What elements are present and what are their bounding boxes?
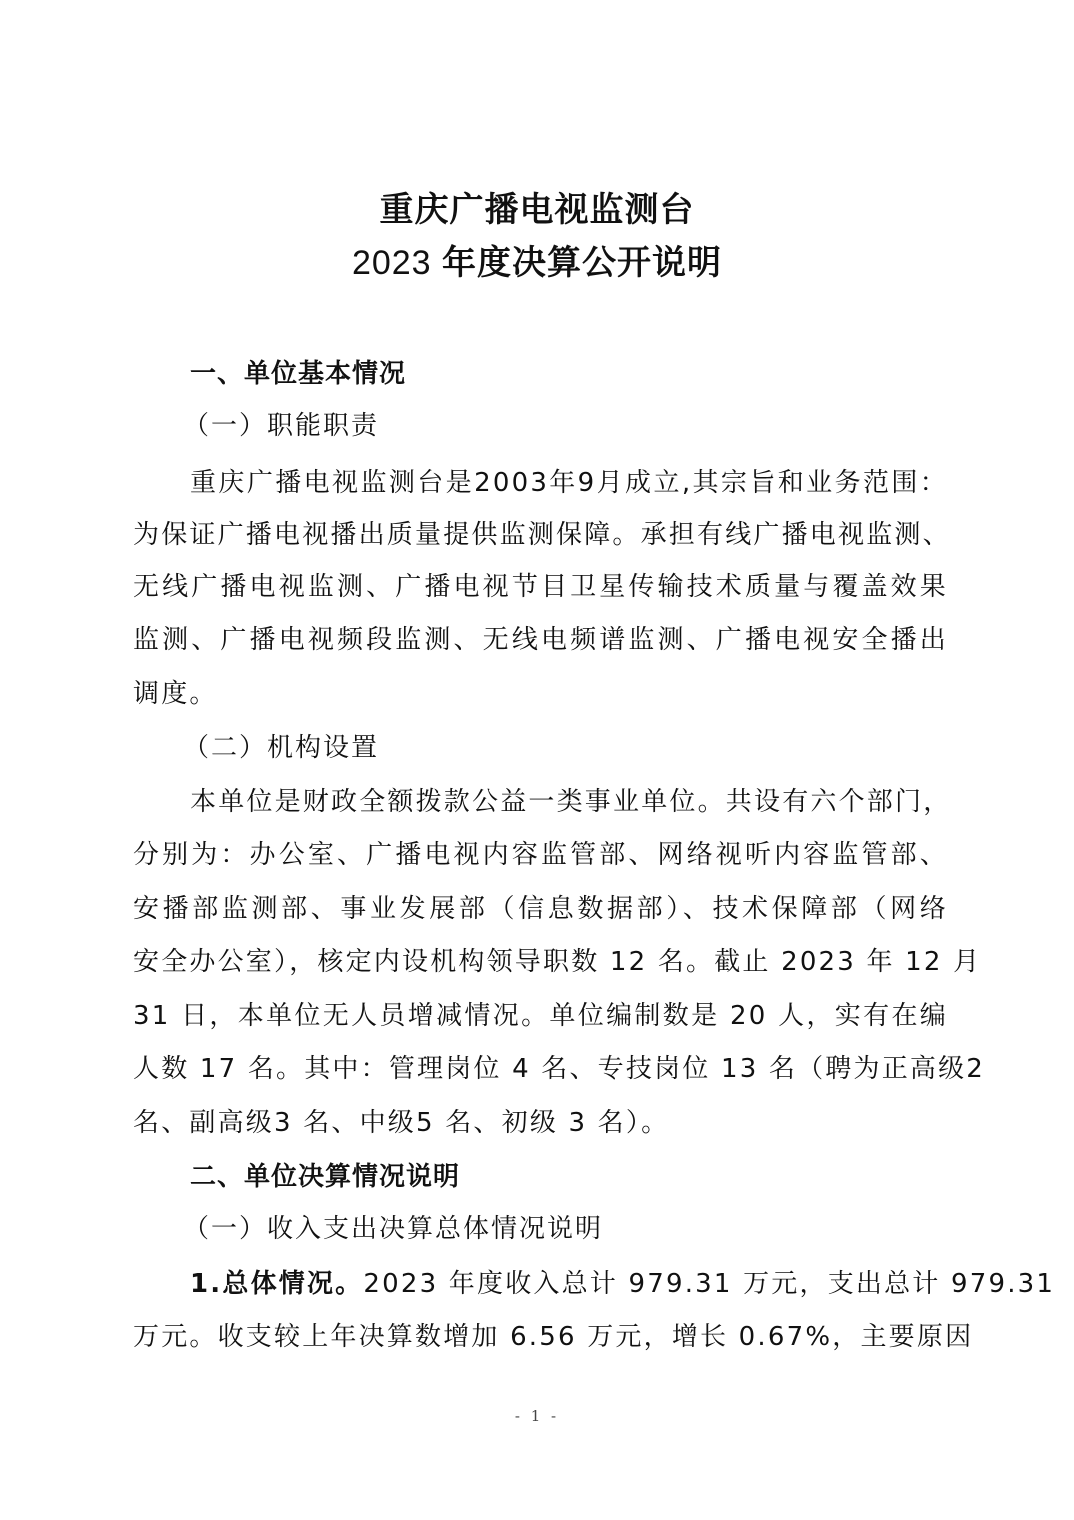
- paragraph-line: 重庆广播电视监测台是2003年9月成立,其宗旨和业务范围：: [190, 466, 948, 500]
- title-year: 2023: [352, 244, 432, 282]
- section-heading-2: 二、单位决算情况说明: [190, 1160, 948, 1194]
- paragraph-line: 安全办公室），核定内设机构领导职数 12 名。截止 2023 年 12 月: [133, 945, 948, 979]
- overview-lead: 1.总体情况。: [190, 1267, 363, 1301]
- subsection-heading-overview: （一）收入支出决算总体情况说明: [183, 1212, 941, 1246]
- document-page: 重庆广播电视监测台 2023 年度决算公开说明 一、单位基本情况 （一）职能职责…: [0, 0, 1074, 1520]
- overview-text: 2023 年度收入总计 979.31 万元，支出总计 979.31: [363, 1267, 1055, 1301]
- paragraph-line: 为保证广播电视播出质量提供监测保障。承担有线广播电视监测、: [133, 518, 948, 552]
- subsection-heading-duties: （一）职能职责: [183, 409, 941, 443]
- document-title-line2: 2023 年度决算公开说明: [0, 243, 1074, 283]
- document-title-line1: 重庆广播电视监测台: [0, 190, 1074, 230]
- paragraph-line-lead: 1.总体情况。 2023 年度收入总计 979.31 万元，支出总计 979.3…: [190, 1267, 948, 1301]
- page-number: - 1 -: [0, 1407, 1074, 1425]
- title-rest: 年度决算公开说明: [442, 243, 722, 283]
- paragraph-line: 分别为：办公室、广播电视内容监管部、网络视听内容监管部、: [133, 838, 948, 872]
- section-heading-1: 一、单位基本情况: [190, 357, 948, 391]
- paragraph-line: 31 日，本单位无人员增减情况。单位编制数是 20 人，实有在编: [133, 999, 948, 1033]
- paragraph-line: 万元。收支较上年决算数增加 6.56 万元，增长 0.67%，主要原因: [133, 1320, 948, 1354]
- paragraph-line: 无线广播电视监测、广播电视节目卫星传输技术质量与覆盖效果: [133, 570, 948, 604]
- paragraph-line: 监测、广播电视频段监测、无线电频谱监测、广播电视安全播出: [133, 623, 948, 657]
- paragraph-line: 安播部监测部、事业发展部（信息数据部）、技术保障部（网络: [133, 892, 948, 926]
- paragraph-line: 本单位是财政全额拨款公益一类事业单位。共设有六个部门，: [190, 785, 948, 819]
- subsection-heading-structure: （二）机构设置: [183, 731, 941, 765]
- paragraph-line: 人数 17 名。其中：管理岗位 4 名、专技岗位 13 名（聘为正高级2: [133, 1052, 948, 1086]
- paragraph-line: 名、副高级3 名、中级5 名、初级 3 名）。: [133, 1106, 948, 1140]
- paragraph-line: 调度。: [133, 677, 948, 711]
